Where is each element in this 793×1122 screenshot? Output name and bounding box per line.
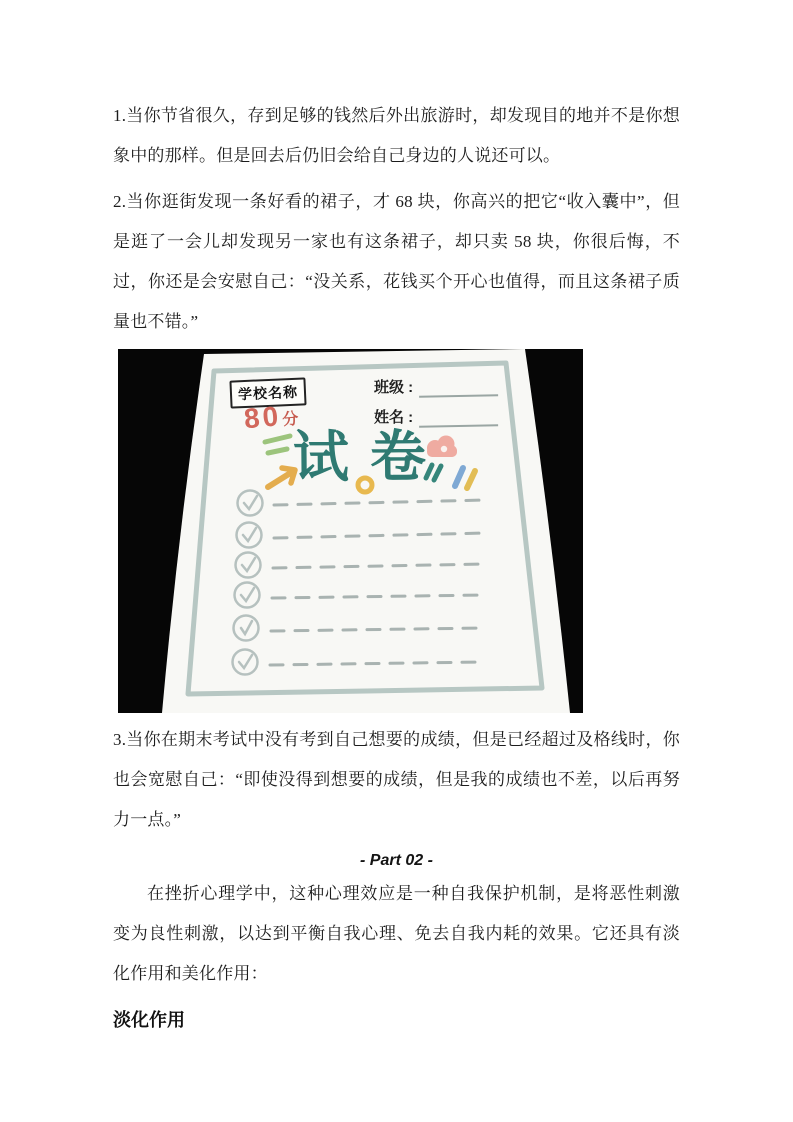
paragraph-item-2: 2.当你逛街发现一条好看的裙子，才 68 块，你高兴的把它“收入囊中”，但是逛了… — [113, 182, 680, 342]
document-page: 1.当你节省很久，存到足够的钱然后外出旅游时，却发现目的地并不是你想象中的那样。… — [0, 0, 793, 1122]
score-number: 80 — [243, 400, 283, 434]
paragraph-item-3: 3.当你在期末考试中没有考到自己想要的成绩，但是已经超过及格线时，你也会宽慰自己… — [113, 720, 680, 840]
paper-title: 试卷 — [293, 428, 447, 485]
class-blank-line — [419, 381, 498, 397]
test-paper-illustration: 学校名称 80分 班级 : 姓名 : 试卷 — [118, 349, 583, 713]
paper-artwork — [118, 349, 583, 713]
score-label: 80分 — [243, 399, 300, 436]
paragraph-item-1: 1.当你节省很久，存到足够的钱然后外出旅游时，却发现目的地并不是你想象中的那样。… — [113, 96, 680, 176]
class-field: 班级 : — [374, 376, 498, 397]
part-02-heading: - Part 02 - — [113, 846, 680, 874]
paragraph-part2-intro: 在挫折心理学中，这种心理效应是一种自我保护机制，是将恶性刺激变为良性刺激，以达到… — [113, 874, 680, 994]
class-label: 班级 : — [374, 376, 413, 397]
subheading-dilution: 淡化作用 — [113, 1000, 680, 1040]
